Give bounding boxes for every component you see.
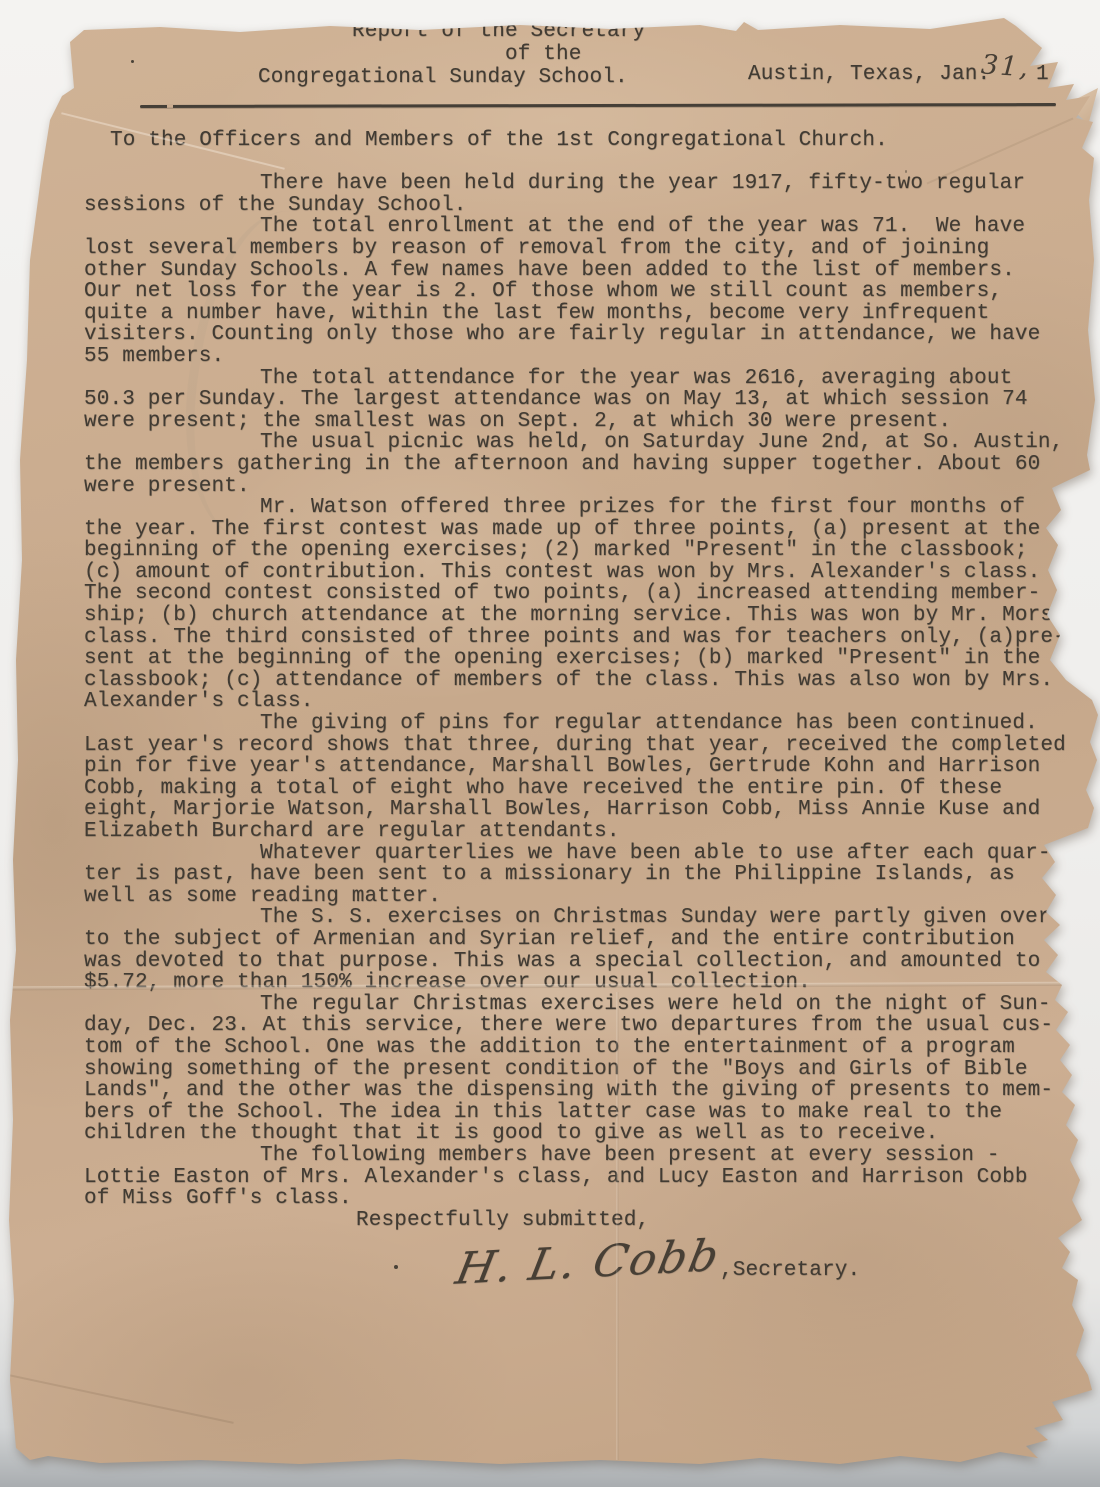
body-paragraph: The regular Christmas exercises were hel… bbox=[84, 994, 1100, 1145]
body-paragraph: Whatever quarterlies we have been able t… bbox=[84, 843, 1100, 908]
dateline-typed: Austin, Texas, Jan. bbox=[748, 63, 990, 86]
vertical-crease bbox=[616, 992, 619, 1460]
signature-title: ,Secretary. bbox=[720, 1260, 860, 1284]
dateline-handwritten-day: 31, bbox=[980, 49, 1031, 83]
body-paragraph: The giving of pins for regular attendanc… bbox=[84, 713, 1100, 843]
body-paragraph: The following members have been present … bbox=[84, 1145, 1100, 1210]
body-paragraph: There have been held during the year 191… bbox=[84, 173, 1100, 216]
ink-speck bbox=[125, 196, 128, 199]
signature-handwritten: H. L. Cobb bbox=[453, 1237, 724, 1291]
header-title-line1: Report of the Secretary bbox=[352, 20, 645, 43]
paper-sheet-wrapper: Report of the Secretary of the Congregat… bbox=[0, 0, 1100, 1487]
signature-row: H. L. Cobb ,Secretary. bbox=[394, 1235, 1100, 1283]
scanned-document-page: { "document": { "kind": "typewritten let… bbox=[0, 0, 1100, 1487]
closing-respectfully: Respectfully submitted, bbox=[356, 1210, 1100, 1232]
header-title-line3: Congregational Sunday School. bbox=[258, 66, 628, 89]
ink-speck bbox=[131, 60, 134, 63]
ink-dot bbox=[394, 1265, 398, 1269]
dateline-year-fragment: 1 bbox=[1036, 63, 1049, 86]
salutation: To the Officers and Members of the 1st C… bbox=[110, 130, 1100, 152]
header-rule-divider bbox=[140, 103, 1056, 108]
body-paragraph: The S. S. exercises on Christmas Sunday … bbox=[84, 907, 1100, 993]
bottom-left-crease bbox=[8, 1374, 233, 1424]
header-title-line2: of the bbox=[505, 43, 582, 66]
paper-sheet: Report of the Secretary of the Congregat… bbox=[0, 0, 1100, 1487]
ink-speck bbox=[905, 170, 907, 173]
